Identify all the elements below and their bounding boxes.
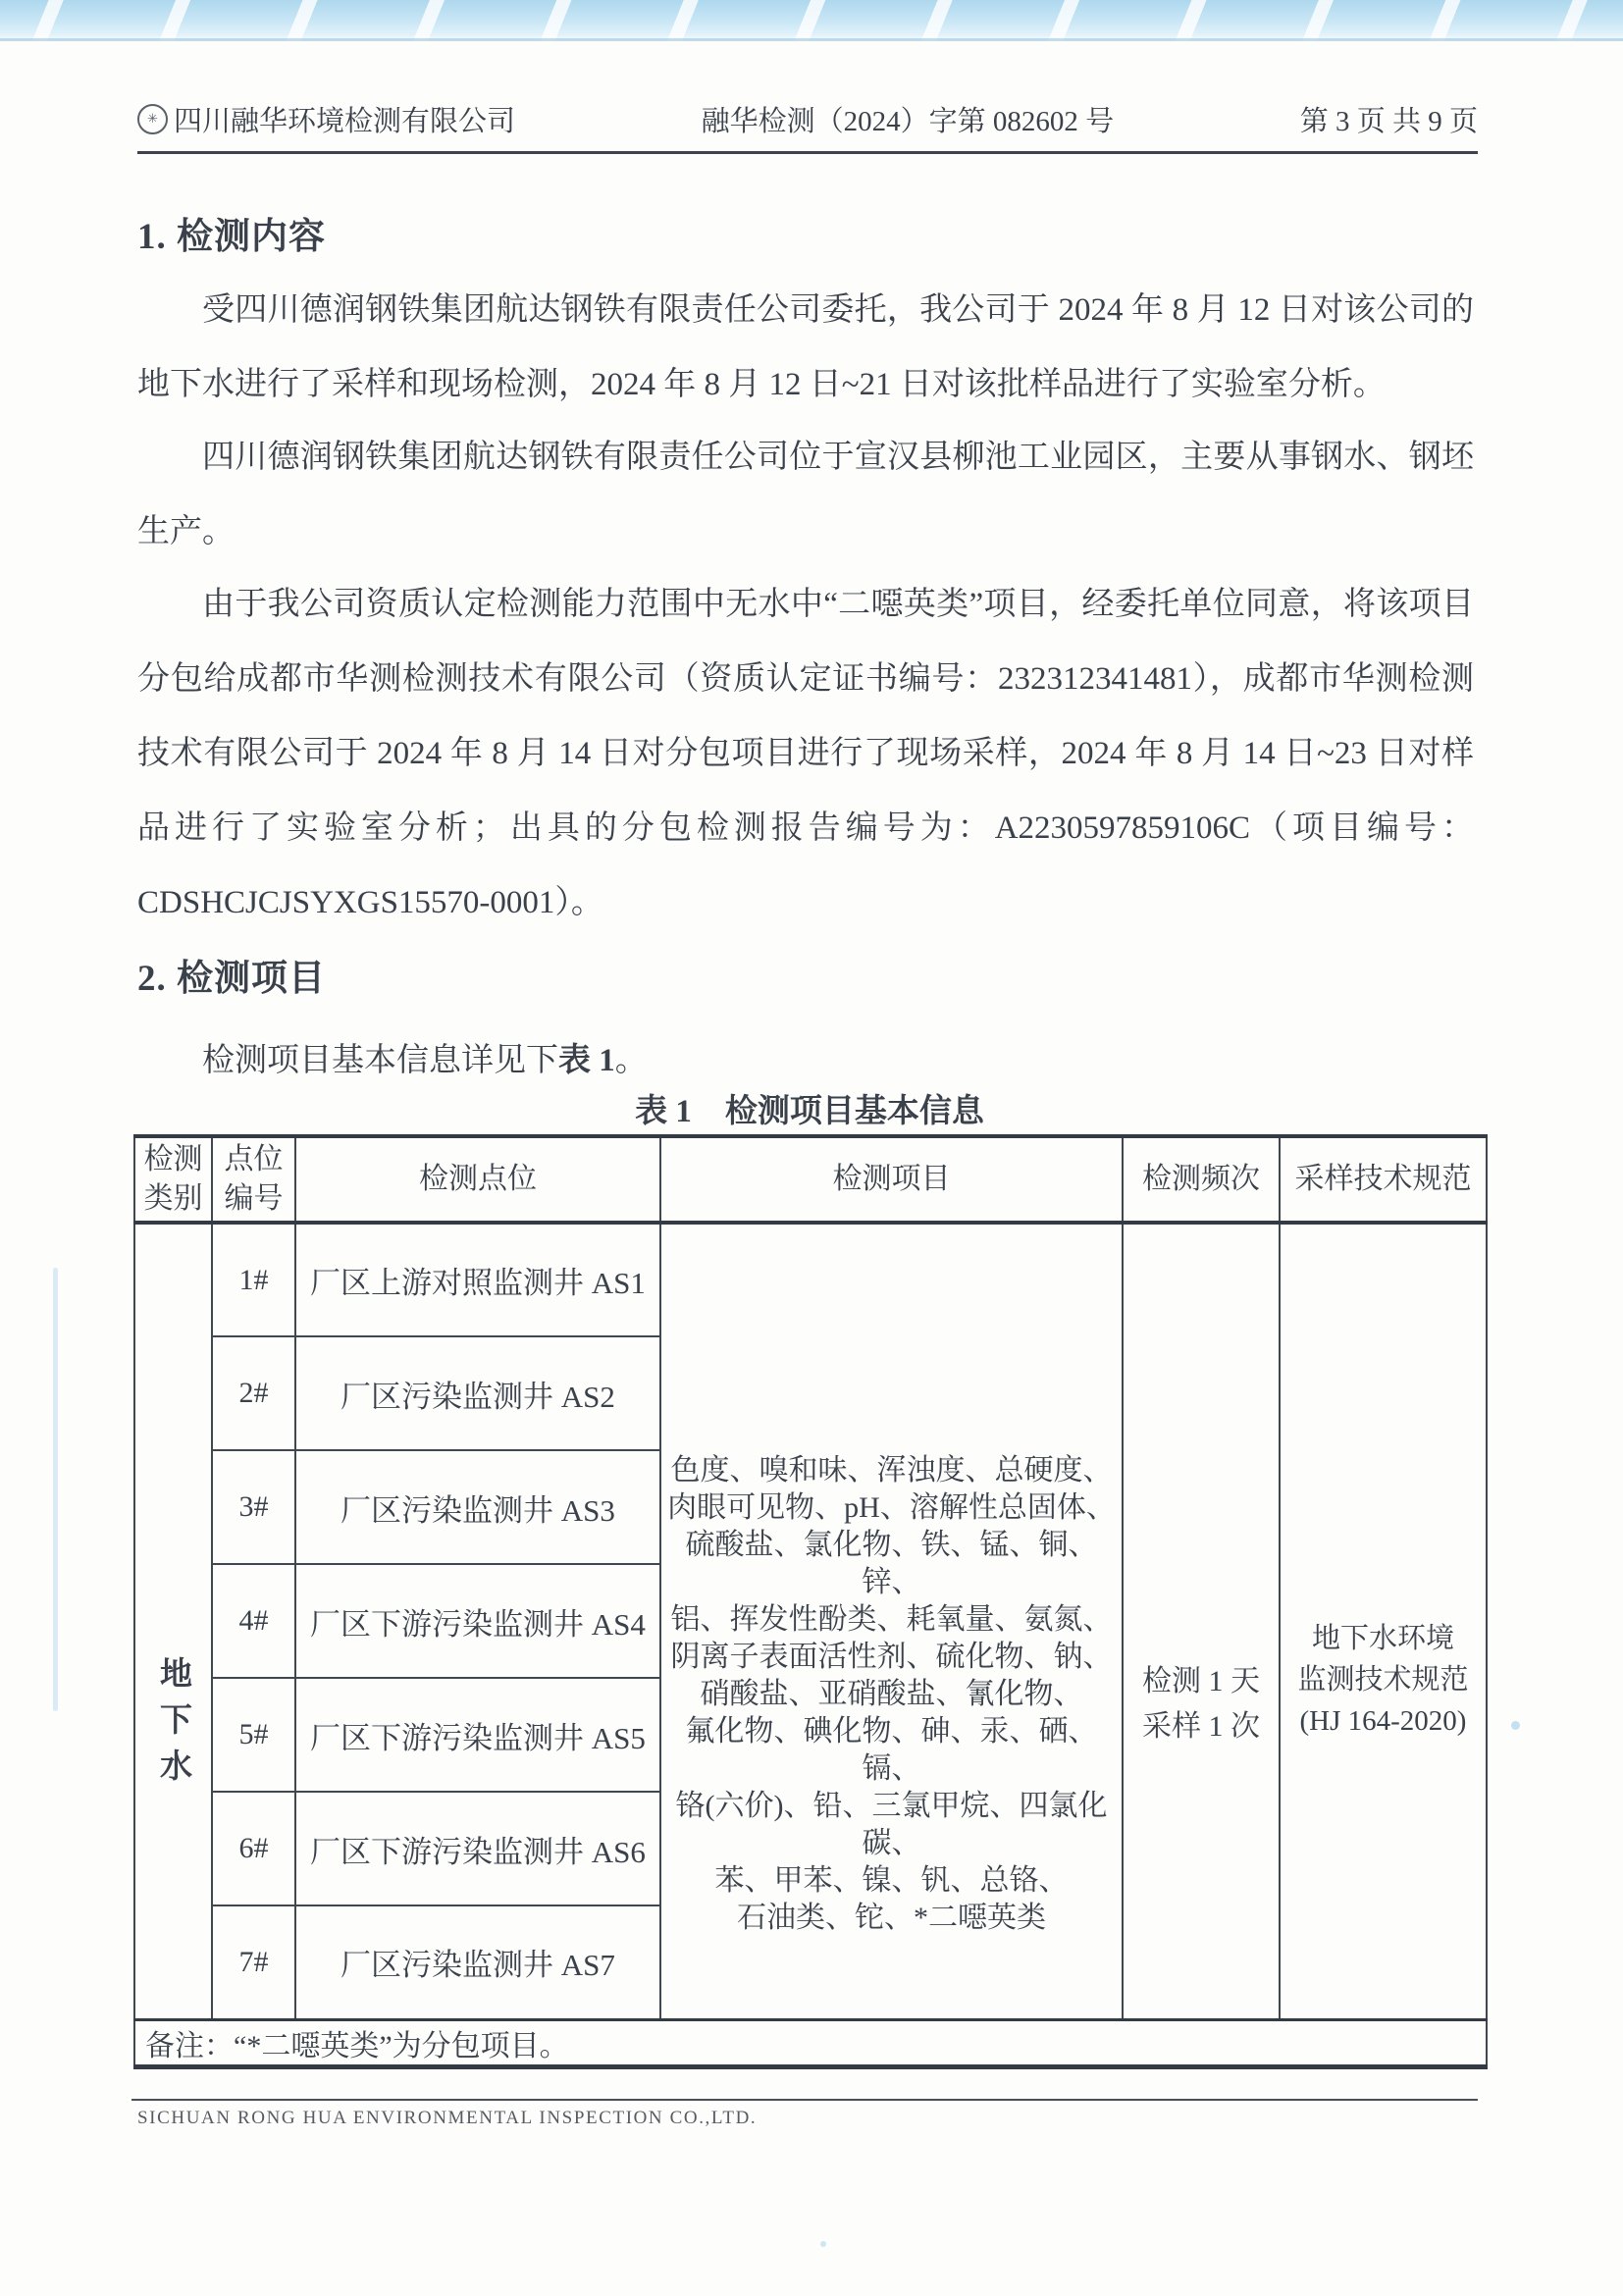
header-company-block: 四川融华环境检测有限公司	[137, 99, 515, 139]
col-header-standard: 采样技术规范	[1280, 1136, 1487, 1223]
table-1-caption-label: 表 1	[635, 1094, 692, 1129]
frequency-text: 检测 1 天 采样 1 次	[1124, 1659, 1279, 1749]
table-header-row: 检测 类别 点位 编号 检测点位 检测项目 检测频次 采样技术规范	[134, 1136, 1487, 1223]
standard-cell: 地下水环境 监测技术规范 (HJ 164-2020)	[1280, 1223, 1487, 2019]
site-cell: 厂区污染监测井 AS2	[295, 1336, 660, 1450]
header-page-info: 第 3 页 共 9 页	[1300, 99, 1478, 139]
col-header-point-no: 点位 编号	[212, 1136, 295, 1223]
site-cell: 厂区下游污染监测井 AS6	[295, 1792, 660, 1905]
footer-company-en: SICHUAN RONG HUA ENVIRONMENTAL INSPECTIO…	[137, 2108, 757, 2129]
scan-smudge	[53, 1268, 58, 1711]
category-groundwater-label: 地下水	[150, 1656, 196, 1795]
footer-divider	[131, 2099, 1478, 2101]
point-no-cell: 4#	[212, 1564, 295, 1678]
point-no-cell: 7#	[212, 1905, 295, 2019]
site-cell: 厂区下游污染监测井 AS4	[295, 1564, 660, 1678]
section-1-paragraph-3: 由于我公司资质认定检测能力范围中无水中“二噁英类”项目，经委托单位同意，将该项目…	[137, 567, 1474, 940]
remark-cell: 备注：“*二噁英类”为分包项目。	[134, 2019, 1487, 2066]
table-row: 地下水 1# 厂区上游对照监测井 AS1 色度、嗅和味、浑浊度、总硬度、 肉眼可…	[134, 1223, 1487, 1336]
table-remark-row: 备注：“*二噁英类”为分包项目。	[134, 2019, 1487, 2066]
col-header-site: 检测点位	[295, 1136, 660, 1223]
point-no-cell: 5#	[212, 1678, 295, 1792]
items-cell: 色度、嗅和味、浑浊度、总硬度、 肉眼可见物、pH、溶解性总固体、 硫酸盐、氯化物…	[660, 1223, 1123, 2019]
page-header: 四川融华环境检测有限公司 融华检测（2024）字第 082602 号 第 3 页…	[137, 94, 1478, 154]
point-no-cell: 2#	[212, 1336, 295, 1450]
section-1-paragraph-2: 四川德润钢铁集团航达钢铁有限责任公司位于宣汉县柳池工业园区，主要从事钢水、钢坯生…	[137, 420, 1474, 569]
point-no-cell: 1#	[212, 1223, 295, 1336]
point-no-cell: 6#	[212, 1792, 295, 1905]
document-page: 四川融华环境检测有限公司 融华检测（2024）字第 082602 号 第 3 页…	[0, 0, 1623, 2296]
header-company-name: 四川融华环境检测有限公司	[174, 99, 515, 139]
standard-text: 地下水环境 监测技术规范 (HJ 164-2020)	[1281, 1618, 1486, 1742]
section-1-paragraph-1: 受四川德润钢铁集团航达钢铁有限责任公司委托，我公司于 2024 年 8 月 12…	[137, 273, 1474, 422]
site-cell: 厂区下游污染监测井 AS5	[295, 1678, 660, 1792]
category-cell: 地下水	[134, 1223, 212, 2019]
intro-text: 检测项目基本信息详见下	[202, 1043, 558, 1078]
section-2-intro: 检测项目基本信息详见下表 1。	[137, 1034, 1474, 1080]
intro-period: 。	[615, 1043, 648, 1078]
table-1: 检测 类别 点位 编号 检测点位 检测项目 检测频次 采样技术规范 地下水 1#…	[133, 1134, 1488, 2069]
header-doc-number: 融华检测（2024）字第 082602 号	[702, 99, 1115, 139]
col-header-category: 检测 类别	[134, 1136, 212, 1223]
frequency-cell: 检测 1 天 采样 1 次	[1123, 1223, 1280, 2019]
point-no-cell: 3#	[212, 1450, 295, 1564]
company-logo-icon	[137, 104, 168, 134]
table-1-caption: 表 1检测项目基本信息	[133, 1085, 1486, 1131]
intro-table-ref: 表 1	[558, 1043, 615, 1078]
table-1-caption-title: 检测项目基本信息	[725, 1094, 984, 1129]
site-cell: 厂区污染监测井 AS7	[295, 1905, 660, 2019]
items-list: 色度、嗅和味、浑浊度、总硬度、 肉眼可见物、pH、溶解性总固体、 硫酸盐、氯化物…	[661, 1452, 1122, 1937]
scan-dot	[820, 2241, 826, 2247]
scan-dot	[1511, 1721, 1520, 1730]
scan-edge-artifact	[0, 0, 1623, 41]
site-cell: 厂区污染监测井 AS3	[295, 1450, 660, 1564]
section-2-title: 2. 检测项目	[137, 948, 326, 1001]
col-header-frequency: 检测频次	[1123, 1136, 1280, 1223]
col-header-items: 检测项目	[660, 1136, 1123, 1223]
site-cell: 厂区上游对照监测井 AS1	[295, 1223, 660, 1336]
section-1-title: 1. 检测内容	[137, 206, 326, 259]
